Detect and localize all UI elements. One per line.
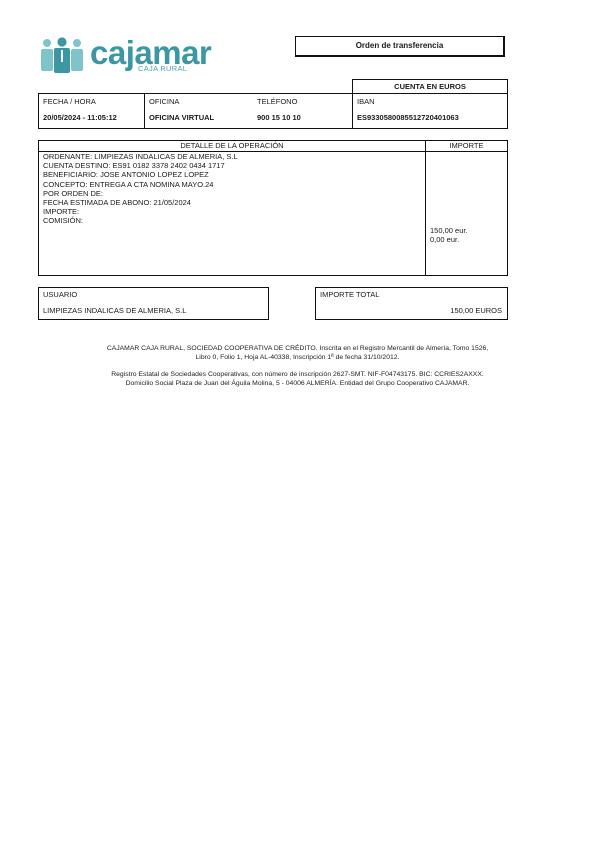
- detail-line-comision: COMISIÓN:: [43, 216, 238, 225]
- account-info-table: FECHA / HORA 20/05/2024 - 11:05:12 OFICI…: [38, 93, 508, 129]
- footer-line-1: CAJAMAR CAJA RURAL, SOCIEDAD COOPERATIVA…: [30, 345, 565, 354]
- legal-footer-1: CAJAMAR CAJA RURAL, SOCIEDAD COOPERATIVA…: [30, 345, 565, 362]
- amount-comision: 0,00 eur.: [430, 235, 468, 244]
- total-value: 150,00 EUROS: [450, 306, 502, 315]
- user-box: USUARIO LIMPIEZAS INDALICAS DE ALMERIA, …: [38, 287, 269, 320]
- detail-operation-header: DETALLE DE LA OPERACIÓN: [39, 141, 425, 151]
- phone-cell: TELÉFONO 900 15 10 10: [253, 94, 353, 128]
- iban-label: IBAN: [357, 97, 375, 106]
- office-value: OFICINA VIRTUAL: [149, 113, 214, 122]
- detail-line-cuenta-destino: CUENTA DESTINO: ES91 0182 3378 2402 0434…: [43, 161, 238, 170]
- office-label: OFICINA: [149, 97, 179, 106]
- date-time-cell: FECHA / HORA 20/05/2024 - 11:05:12: [39, 94, 144, 128]
- detail-line-concepto: CONCEPTO: ENTREGA A CTA NOMINA MAYO.24: [43, 180, 238, 189]
- detail-line-por-orden: POR ORDEN DE:: [43, 189, 238, 198]
- footer-line-4: Domicilio Social Plaza de Juan del Águil…: [30, 380, 565, 389]
- date-time-value: 20/05/2024 - 11:05:12: [43, 113, 117, 122]
- cajamar-logo: cajamar CAJA RURAL: [38, 37, 208, 77]
- amount-importe: 150,00 eur.: [430, 226, 468, 235]
- footer-line-2: Libro 0, Folio 1, Hoja AL-40338, Inscrip…: [30, 354, 565, 363]
- people-group-icon: [38, 37, 86, 73]
- document-title: Orden de transferencia: [295, 36, 505, 57]
- office-cell: OFICINA OFICINA VIRTUAL: [145, 94, 253, 128]
- phone-value: 900 15 10 10: [257, 113, 301, 122]
- legal-footer-2: Registro Estatal de Sociedades Cooperati…: [30, 371, 565, 388]
- date-time-label: FECHA / HORA: [43, 97, 96, 106]
- detail-amount-header: IMPORTE: [426, 141, 507, 151]
- detail-line-ordenante: ORDENANTE: LIMPIEZAS INDALICAS DE ALMERI…: [43, 152, 238, 161]
- detail-line-fecha-abono: FECHA ESTIMADA DE ABONO: 21/05/2024: [43, 198, 238, 207]
- total-amount-box: IMPORTE TOTAL 150,00 EUROS: [315, 287, 508, 320]
- user-label: USUARIO: [43, 290, 77, 299]
- phone-label: TELÉFONO: [257, 97, 297, 106]
- detail-line-beneficiario: BENEFICIARIO: JOSE ANTONIO LOPEZ LOPEZ: [43, 170, 238, 179]
- operation-detail-table: DETALLE DE LA OPERACIÓN IMPORTE ORDENANT…: [38, 140, 508, 276]
- detail-amounts: 150,00 eur. 0,00 eur.: [430, 226, 468, 244]
- total-label: IMPORTE TOTAL: [320, 290, 379, 299]
- account-currency-header: CUENTA EN EUROS: [352, 79, 508, 93]
- iban-cell: IBAN ES9330580085512720401063: [353, 94, 507, 128]
- footer-line-3: Registro Estatal de Sociedades Cooperati…: [30, 371, 565, 380]
- detail-header: DETALLE DE LA OPERACIÓN IMPORTE: [39, 141, 507, 152]
- detail-line-importe: IMPORTE:: [43, 207, 238, 216]
- detail-lines: ORDENANTE: LIMPIEZAS INDALICAS DE ALMERI…: [43, 152, 238, 226]
- iban-value: ES9330580085512720401063: [357, 113, 459, 122]
- user-value: LIMPIEZAS INDALICAS DE ALMERIA, S.L: [43, 306, 186, 315]
- brand-subtitle: CAJA RURAL: [138, 64, 187, 73]
